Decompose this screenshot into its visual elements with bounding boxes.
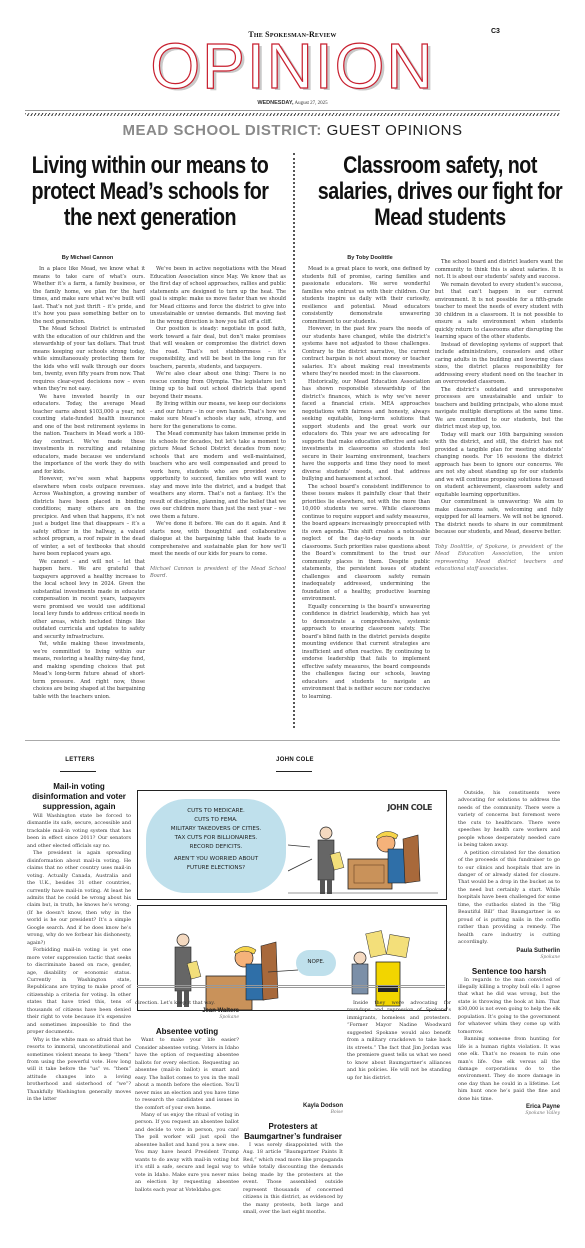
letter-title[interactable]: Protesters at Baumgartner’s fundraiser xyxy=(243,1122,343,1142)
letter-author: Kayla Dodson xyxy=(243,1102,343,1110)
paragraph: Outside, his constituents were advocatin… xyxy=(458,790,560,850)
editorial-cartoon[interactable]: Cuts to Medicare. Cuts to FEMA. Military… xyxy=(137,790,447,1010)
bubble-line: Military takeovers of cities. xyxy=(146,825,286,834)
column-divider xyxy=(293,153,295,728)
letter-column: Outside, his constituents were advocatin… xyxy=(458,790,560,1117)
paragraph: However, in the past few years the needs… xyxy=(302,326,430,379)
bubble-line: Cuts to FEMA. xyxy=(146,816,286,825)
letter-title[interactable]: Sentence too harsh xyxy=(458,967,560,977)
paragraph: The Mead community has taken immense pri… xyxy=(150,431,286,521)
section-header-subtitle: GUEST OPINIONS xyxy=(327,122,463,139)
bubble-line: Cuts to Medicare. xyxy=(146,807,286,816)
paragraph: By living within our means, we keep our … xyxy=(150,401,286,431)
letter-column: Will Washington state be forced to disma… xyxy=(27,813,131,1104)
paragraph: Today will mark our 16th bargaining sess… xyxy=(435,432,563,500)
letters-label: LETTERS xyxy=(45,757,115,763)
paragraph: In a place like Mead, we know what it me… xyxy=(33,266,145,326)
article-headline[interactable]: Classroom safety, not salaries, drives o… xyxy=(317,153,563,231)
paragraph: Want to make your life easier? Consider … xyxy=(135,1037,239,1112)
letter-author: Paula Sutherlin xyxy=(458,947,560,955)
paragraph: We’ve been in active negotiations with t… xyxy=(150,266,286,326)
paragraph: Yet, while making these investments, we’… xyxy=(33,641,145,701)
article-column: The school board and district leaders wa… xyxy=(435,259,563,574)
article-column: Mead is a great place to work, one defin… xyxy=(302,266,430,701)
paragraph: Equally concerning is the board’s unwave… xyxy=(302,604,430,702)
article-column: In a place like Mead, we know what it me… xyxy=(33,266,145,701)
letter-column: Kayla Dodson Boise Protesters at Baumgar… xyxy=(243,1000,343,1240)
paragraph: Will Washington state be forced to disma… xyxy=(27,813,131,850)
letters-underline xyxy=(60,771,96,772)
letter-title[interactable]: Mail-in voting disinformation and voter … xyxy=(25,782,133,812)
cartoon-drawing-icon xyxy=(138,906,447,1011)
cartoon-rule xyxy=(137,985,445,988)
paragraph: Forbidding mail-in voting is yet one mor… xyxy=(27,947,131,1036)
paragraph: Our commitment is unwavering: We aim to … xyxy=(435,499,563,537)
paragraph: The school board and district leaders wa… xyxy=(435,259,563,282)
paragraph: Mead is a great place to work, one defin… xyxy=(302,266,430,326)
page-number: C3 xyxy=(491,28,500,35)
paragraph: However, we’ve seen what happens elsewhe… xyxy=(33,476,145,559)
dateline-day: WEDNESDAY, xyxy=(257,100,293,106)
paragraph: Instead of developing systems of support… xyxy=(435,342,563,387)
paragraph: We have invested heavily in our educator… xyxy=(33,394,145,477)
paragraph: The school board’s consistent indifferen… xyxy=(302,484,430,604)
paragraph: The president is again spreading disinfo… xyxy=(27,850,131,947)
section-header: MEAD SCHOOL DISTRICT: GUEST OPINIONS xyxy=(0,122,585,139)
dateline-date: August 27, 2025 xyxy=(294,101,327,106)
letter-city: Spokane xyxy=(135,1015,239,1021)
article-byline: By Toby Doolittle xyxy=(300,255,440,261)
paragraph: Many of us enjoy the ritual of voting in… xyxy=(135,1112,239,1194)
paragraph: Banning someone from hunting for life is… xyxy=(458,1036,560,1103)
paragraph: We remain devoted to every student’s suc… xyxy=(435,282,563,342)
bubble-line: Tax cuts for billionaires. xyxy=(146,834,286,843)
letter-city: Boise xyxy=(243,1110,343,1116)
paragraph: Our position is steady: negotiate in goo… xyxy=(150,326,286,371)
letter-column: Inside they were advocating for roundups… xyxy=(347,1000,451,1240)
letter-column: direction. Let’s keep it that way. Jean … xyxy=(135,1000,239,1194)
paragraph: The district’s outdated and unresponsive… xyxy=(435,387,563,432)
bubble-line: future elections? xyxy=(146,864,286,873)
cartoon-panel-2: Nope. xyxy=(137,905,447,1011)
paragraph: We cannot – and will not – let that happ… xyxy=(33,559,145,642)
article-headline[interactable]: Living within our means to protect Mead’… xyxy=(27,153,273,231)
letter-title[interactable]: Absentee voting xyxy=(135,1027,239,1037)
paragraph: Why is the white man so afraid that he r… xyxy=(27,1037,131,1104)
paragraph: We’ve done it before. We can do it again… xyxy=(150,521,286,559)
section-divider xyxy=(25,740,560,741)
article-column: We’ve been in active negotiations with t… xyxy=(150,266,286,581)
paragraph: The Mead School District is entrusted wi… xyxy=(33,326,145,394)
speech-bubble: Cuts to Medicare. Cuts to FEMA. Military… xyxy=(146,799,286,893)
cartoon-panel-1: Cuts to Medicare. Cuts to FEMA. Military… xyxy=(137,790,447,900)
dateline: WEDNESDAY, August 27, 2025 xyxy=(0,100,585,106)
section-header-topic: MEAD SCHOOL DISTRICT: xyxy=(123,122,322,139)
cartoonist-label: JOHN COLE xyxy=(260,757,330,763)
letter-city: Spokane Valley xyxy=(458,1111,560,1117)
cartoonist-underline xyxy=(276,771,312,772)
masthead-wave-rule xyxy=(25,113,560,116)
paragraph: We’re also clear about one thing: There … xyxy=(150,371,286,401)
speech-bubble: Nope. xyxy=(296,950,336,976)
article-byline: By Michael Cannon xyxy=(25,255,150,261)
paragraph: Inside they were advocating for roundups… xyxy=(347,1000,451,1082)
paragraph: In regards to the man convicted of illeg… xyxy=(458,977,560,1037)
bubble-line: Aren’t you worried about xyxy=(146,855,286,864)
masthead-rule xyxy=(25,110,560,111)
author-tagline: Michael Cannon is president of the Mead … xyxy=(150,566,286,581)
paragraph: I was sorely disappointed with the Aug. … xyxy=(243,1142,343,1217)
bubble-line: Record deficits. xyxy=(146,843,286,852)
author-tagline: Toby Doolittle, of Spokane, is president… xyxy=(435,544,563,574)
paragraph: A petition circulated for the donation o… xyxy=(458,850,560,947)
letter-city: Spokane xyxy=(458,955,560,961)
paragraph: Historically, our Mead Education Associa… xyxy=(302,379,430,484)
paragraph: direction. Let’s keep it that way. xyxy=(135,1000,239,1007)
cartoon-drawing-icon xyxy=(288,811,438,899)
section-title: OPINION xyxy=(0,36,585,96)
